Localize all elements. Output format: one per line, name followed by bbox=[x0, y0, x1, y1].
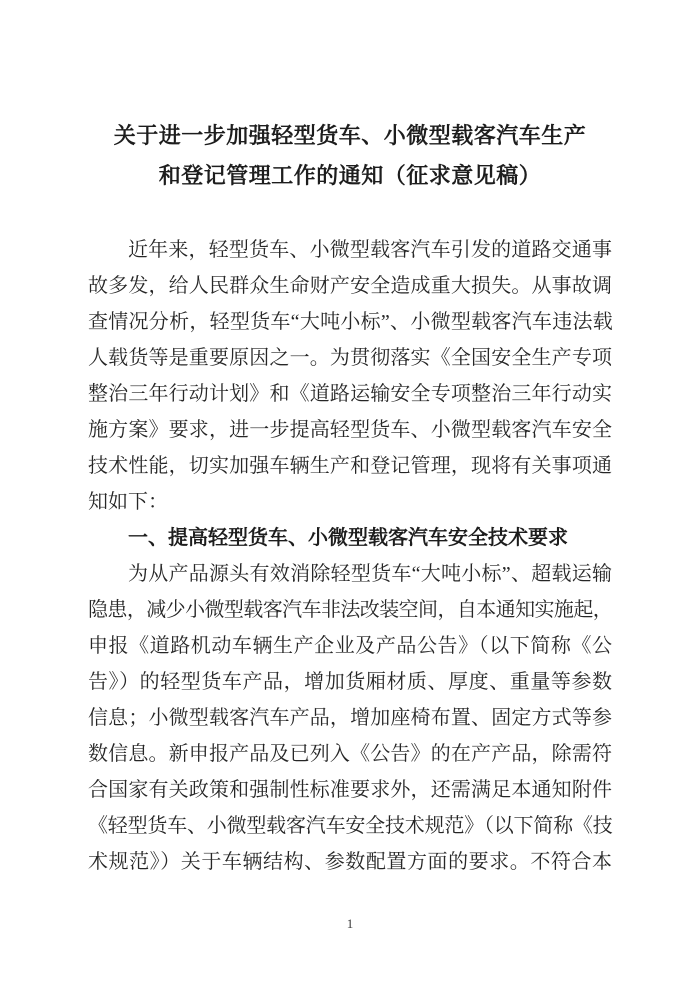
paragraph-intro: 近年来，轻型货车、小微型载客汽车引发的道路交通事 故多发，给人民群众生命财产安全… bbox=[88, 232, 612, 520]
text-line: 人载货等是重要原因之一。为贯彻落实《全国安全生产专项 bbox=[88, 340, 612, 376]
text-line: 查情况分析，轻型货车“大吨小标”、小微型载客汽车违法载 bbox=[88, 304, 612, 340]
text-line: 申报《道路机动车辆生产企业及产品公告》（以下简称《公 bbox=[88, 628, 612, 664]
text-line: 隐患，减少小微型载客汽车非法改装空间，自本通知实施起， bbox=[88, 592, 612, 628]
text-line: 整治三年行动计划》和《道路运输安全专项整治三年行动实 bbox=[88, 376, 612, 412]
text-line: 施方案》要求，进一步提高轻型货车、小微型载客汽车安全 bbox=[88, 412, 612, 448]
paragraph-section-1: 为从产品源头有效消除轻型货车“大吨小标”、超载运输 隐患，减少小微型载客汽车非法… bbox=[88, 556, 612, 880]
text-line: 为从产品源头有效消除轻型货车“大吨小标”、超载运输 bbox=[88, 556, 612, 592]
text-line: 故多发，给人民群众生命财产安全造成重大损失。从事故调 bbox=[88, 268, 612, 304]
title-line-1: 关于进一步加强轻型货车、小微型载客汽车生产 bbox=[0, 116, 700, 156]
document-title: 关于进一步加强轻型货车、小微型载客汽车生产 和登记管理工作的通知（征求意见稿） bbox=[0, 0, 700, 196]
text-line: 《轻型货车、小微型载客汽车安全技术规范》（以下简称《技 bbox=[88, 808, 612, 844]
text-line: 知如下： bbox=[88, 484, 612, 520]
text-line: 合国家有关政策和强制性标准要求外，还需满足本通知附件 bbox=[88, 772, 612, 808]
text-line: 数信息。新申报产品及已列入《公告》的在产产品，除需符 bbox=[88, 736, 612, 772]
text-line: 信息；小微型载客汽车产品，增加座椅布置、固定方式等参 bbox=[88, 700, 612, 736]
document-page: 关于进一步加强轻型货车、小微型载客汽车生产 和登记管理工作的通知（征求意见稿） … bbox=[0, 0, 700, 990]
section-1-heading: 一、提高轻型货车、小微型载客汽车安全技术要求 bbox=[88, 520, 612, 556]
text-line: 近年来，轻型货车、小微型载客汽车引发的道路交通事 bbox=[88, 232, 612, 268]
text-line: 技术性能，切实加强车辆生产和登记管理，现将有关事项通 bbox=[88, 448, 612, 484]
document-body: 近年来，轻型货车、小微型载客汽车引发的道路交通事 故多发，给人民群众生命财产安全… bbox=[88, 232, 612, 880]
page-number-footer: 1 bbox=[0, 916, 700, 932]
title-line-2: 和登记管理工作的通知（征求意见稿） bbox=[0, 156, 700, 196]
text-line: 告》）的轻型货车产品，增加货厢材质、厚度、重量等参数 bbox=[88, 664, 612, 700]
text-line: 术规范》）关于车辆结构、参数配置方面的要求。不符合本 bbox=[88, 844, 612, 880]
